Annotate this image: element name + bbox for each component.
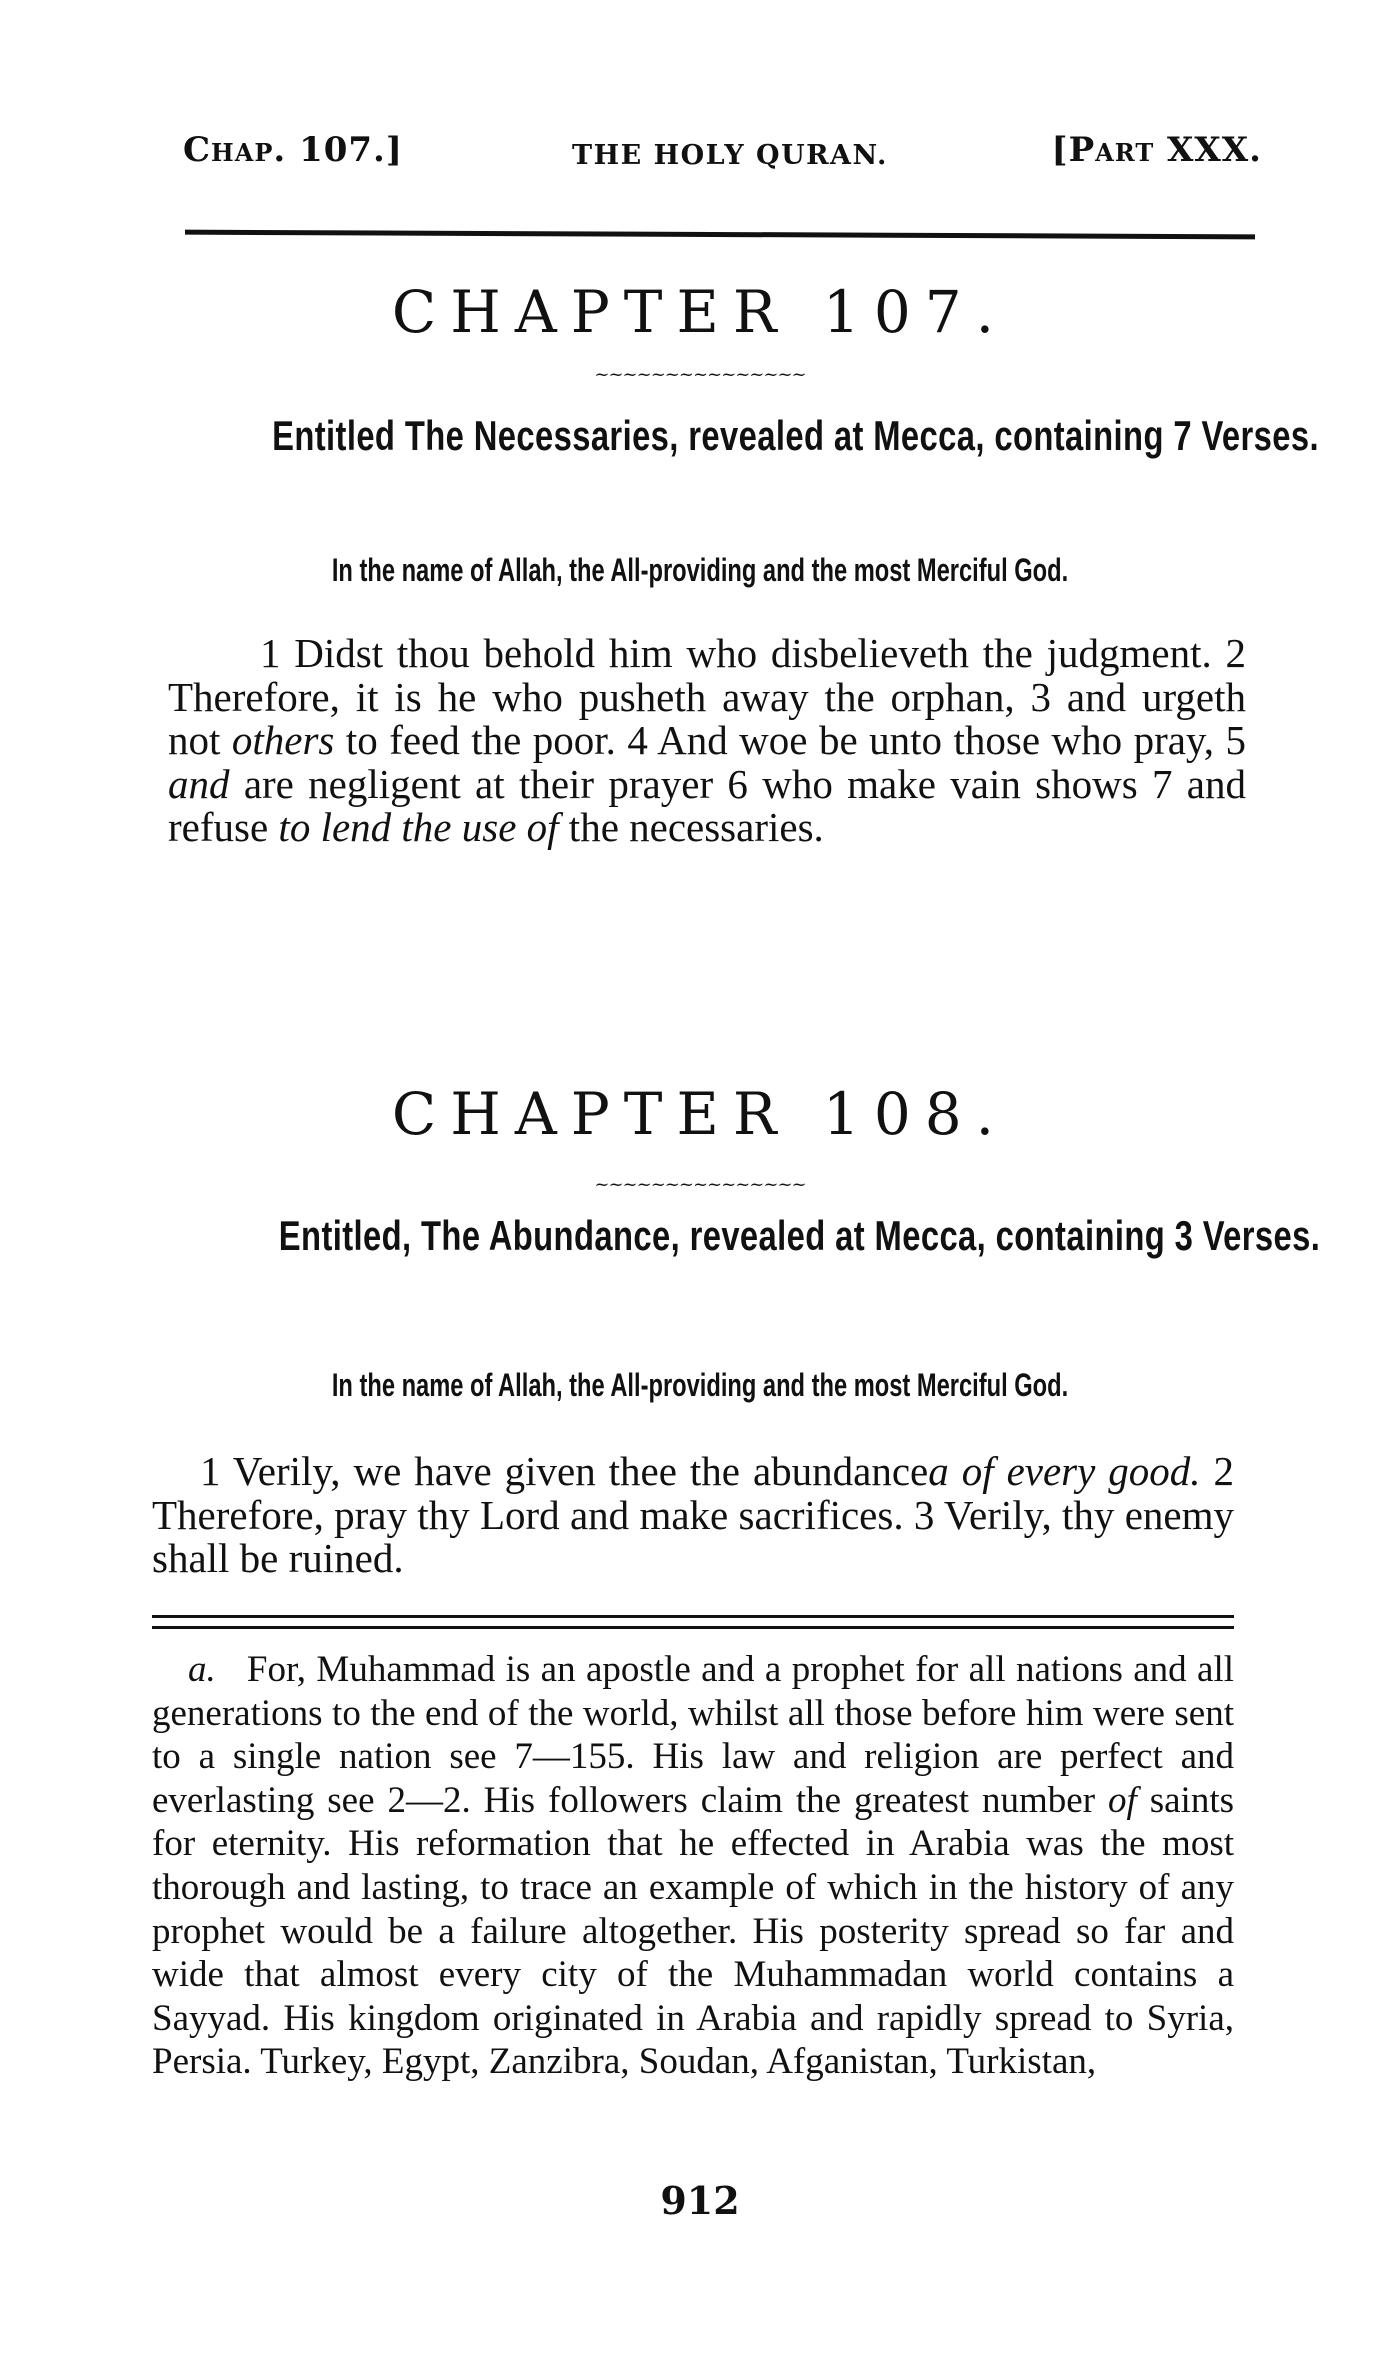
verse-text: to feed the poor. 4 And woe be unto thos…: [334, 717, 1246, 763]
footnote-marker: a.: [188, 1649, 216, 1690]
running-header-chapter: Chap. 107.]: [183, 130, 403, 170]
footnote-text: saints for eternity. His reformation tha…: [152, 1780, 1234, 2083]
chapter-107-ornament: ~~~~~~~~~~~~~~~: [0, 366, 1400, 384]
verse-italic: and: [168, 761, 230, 807]
chapter-108-invocation: In the name of Allah, the All-providing …: [308, 1367, 1092, 1404]
chapter-108-subtitle: Entitled, The Abundance, revealed at Mec…: [279, 1212, 1121, 1260]
verse-text: 1 Verily, we have given thee the abundan…: [200, 1448, 928, 1494]
chapter-108-ornament: ~~~~~~~~~~~~~~~: [0, 1176, 1400, 1194]
header-rule: [185, 230, 1255, 240]
verse-italic: to lend the use of: [278, 804, 558, 850]
chapter-108-heading: CHAPTER 108.: [0, 1080, 1400, 1148]
chapter-107-heading: CHAPTER 107.: [0, 278, 1400, 346]
verse-italic: others: [232, 717, 335, 763]
chapter-107-verses: 1 Didst thou behold him who disbelieveth…: [168, 632, 1246, 850]
footnote-rule-top: [152, 1615, 1234, 1618]
footnote-italic: of: [1108, 1780, 1137, 1821]
chapter-108-verses: 1 Verily, we have given thee the abundan…: [152, 1450, 1234, 1581]
verse-italic: a of every good.: [928, 1448, 1200, 1494]
footnote-rule-bottom: [152, 1626, 1234, 1629]
footnote-text: For, Muhammad is an apostle and a prophe…: [152, 1649, 1234, 1821]
running-header-title: THE HOLY QURAN.: [572, 140, 888, 171]
chapter-107-invocation: In the name of Allah, the All-providing …: [308, 552, 1092, 589]
running-header-part: [Part XXX.: [1052, 130, 1262, 170]
chapter-107-subtitle: Entitled The Necessaries, revealed at Me…: [272, 412, 1138, 460]
page-number: 912: [0, 2178, 1400, 2223]
verse-text: the necessaries.: [559, 804, 824, 850]
footnote-a: a. For, Muhammad is an apostle and a pro…: [152, 1648, 1234, 2084]
